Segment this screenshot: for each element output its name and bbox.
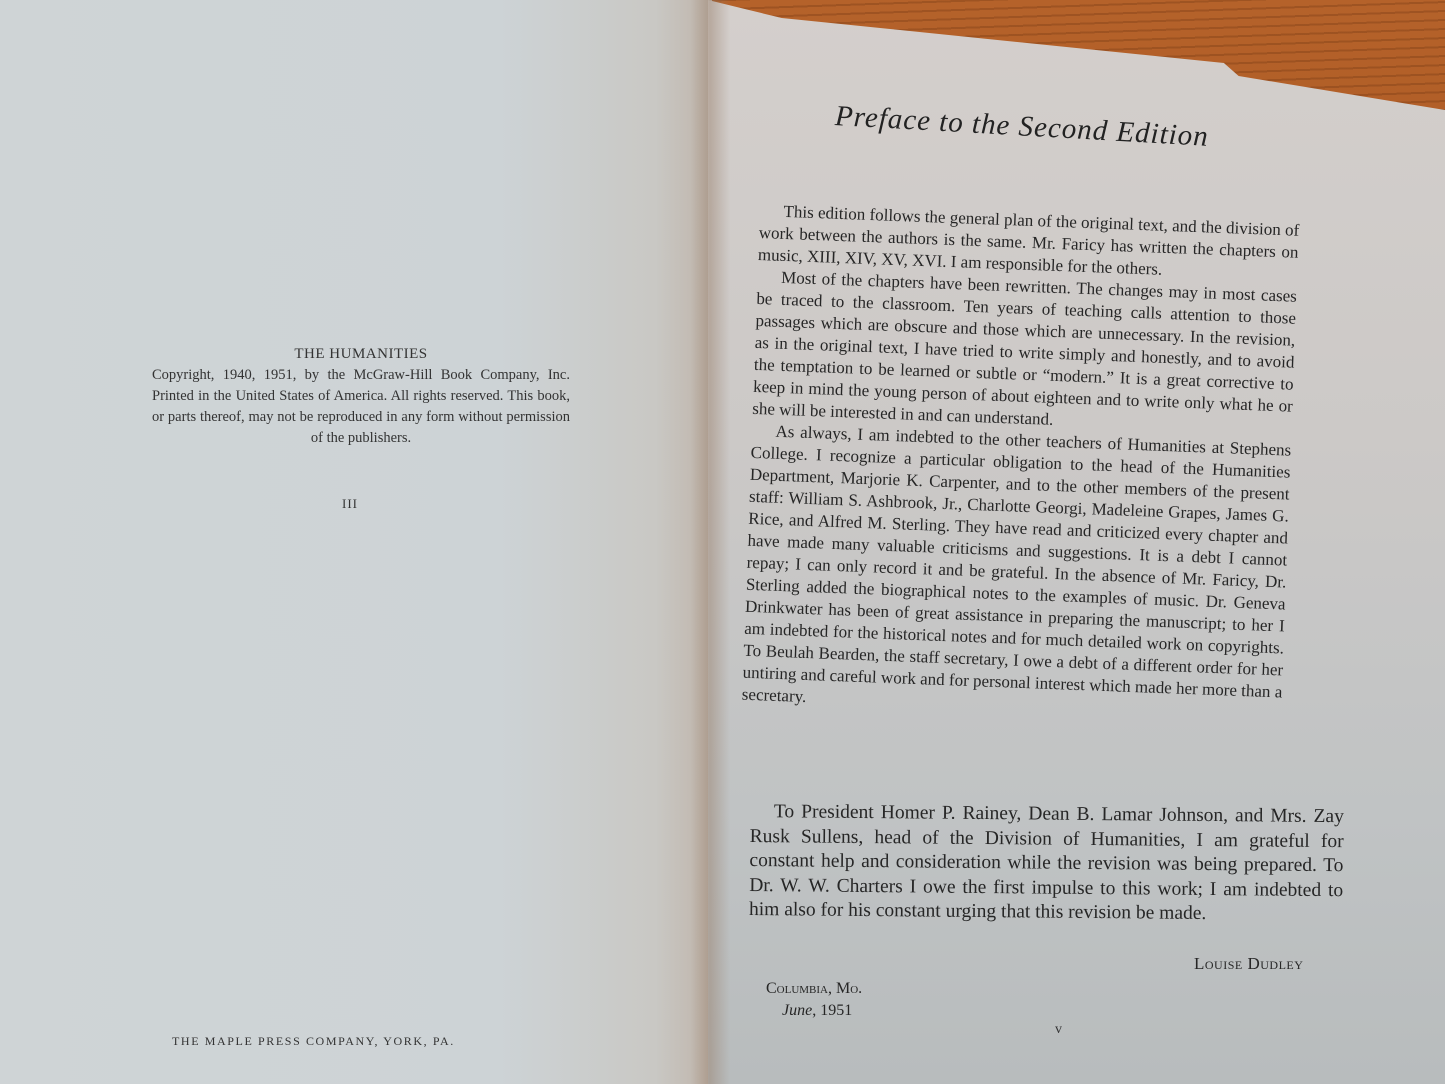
author-signature: Louise Dudley (1194, 954, 1303, 974)
book-title: THE HUMANITIES (152, 344, 570, 365)
date-line: June, 1951 (782, 1002, 852, 1020)
copyright-notice: THE HUMANITIES Copyright, 1940, 1951, by… (152, 344, 570, 449)
printer-imprint: THE MAPLE PRESS COMPANY, YORK, PA. (172, 1034, 455, 1049)
left-page: THE HUMANITIES Copyright, 1940, 1951, by… (0, 0, 712, 1084)
right-page-number: v (1055, 1022, 1062, 1038)
copyright-text: Copyright, 1940, 1951, by the McGraw-Hil… (152, 365, 570, 449)
preface-paragraph: Most of the chapters have been rewritten… (752, 266, 1297, 440)
preface-paragraph: To President Homer P. Rainey, Dean B. La… (749, 800, 1344, 928)
book-gutter (690, 0, 730, 1084)
preface-paragraph: As always, I am indebted to the other te… (741, 420, 1291, 726)
left-page-number: III (342, 496, 358, 512)
date-year: , 1951 (812, 1002, 852, 1019)
date-month: June (782, 1002, 812, 1019)
place-line: Columbia, Mo. (766, 980, 862, 998)
preface-body-lower: To President Homer P. Rainey, Dean B. La… (749, 800, 1344, 928)
preface-body-upper: This edition follows the general plan of… (741, 200, 1299, 725)
